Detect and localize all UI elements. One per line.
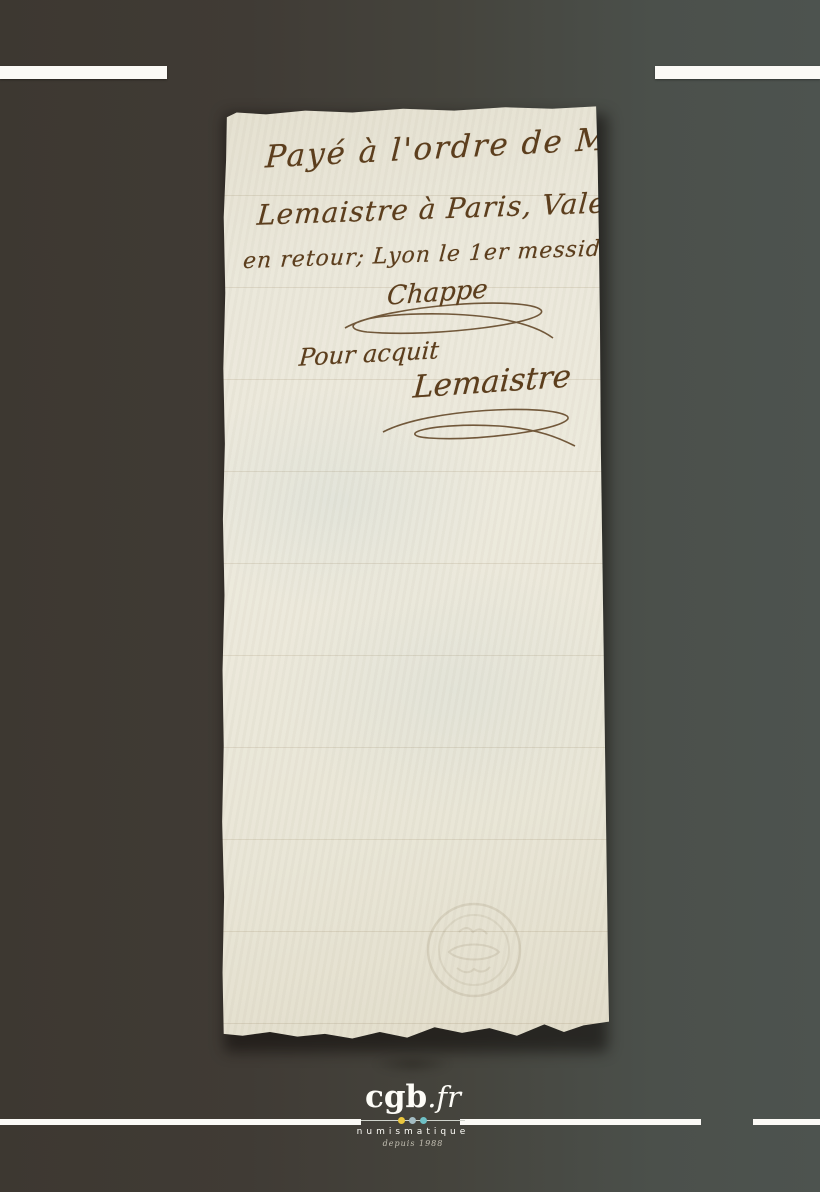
logo-dot-yellow bbox=[398, 1117, 405, 1124]
document-scan: Payé à l'ordre de Mr Lemaistre à Paris, … bbox=[219, 104, 611, 1048]
logo-divider bbox=[361, 1116, 465, 1125]
crop-mark-top-right bbox=[655, 66, 820, 79]
embossed-stamp-icon bbox=[424, 900, 524, 1000]
cgb-logo-wordmark: cgb.fr bbox=[338, 1082, 488, 1112]
cgb-logo-tld: .fr bbox=[427, 1080, 461, 1114]
logo-dot-gray bbox=[409, 1117, 416, 1124]
document-bottom-smudge bbox=[360, 1050, 465, 1078]
logo-dot-teal bbox=[420, 1117, 427, 1124]
cgb-logo: cgb.fr numismatique depuis 1988 bbox=[338, 1082, 488, 1148]
crop-mark-top-left bbox=[0, 66, 167, 79]
crop-mark-bottom-left bbox=[0, 1119, 361, 1125]
crop-mark-bottom-mid bbox=[460, 1119, 701, 1125]
logo-since: depuis 1988 bbox=[338, 1139, 488, 1148]
signature-flourish-2 bbox=[369, 402, 583, 452]
cgb-logo-main: cgb bbox=[365, 1079, 427, 1115]
logo-tagline: numismatique bbox=[338, 1127, 488, 1137]
crop-mark-bottom-right bbox=[753, 1119, 820, 1125]
page-background: Payé à l'ordre de Mr Lemaistre à Paris, … bbox=[0, 0, 820, 1192]
